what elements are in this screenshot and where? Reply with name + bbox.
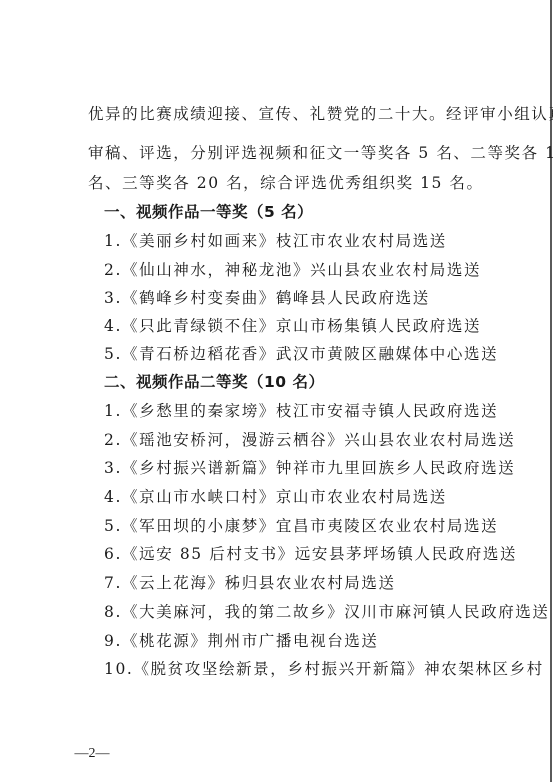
list-item: 8.《大美麻河，我的第二故乡》汉川市麻河镇人民政府选送: [104, 602, 550, 622]
list-item: 3.《乡村振兴谱新篇》钟祥市九里回族乡人民政府选送: [104, 458, 515, 478]
list-item: 3.《鹤峰乡村变奏曲》鹤峰县人民政府选送: [104, 288, 430, 308]
page-number: —2—: [0, 746, 192, 762]
paragraph-line: 审稿、评选，分别评选视频和征文一等奖各 5 名、二等奖各 10: [88, 143, 553, 163]
list-item: 2.《仙山神水，神秘龙池》兴山县农业农村局选送: [104, 260, 481, 280]
list-item: 5.《军田坝的小康梦》宜昌市夷陵区农业农村局选送: [104, 516, 498, 536]
document-page: 优异的比赛成绩迎接、宣传、礼赞党的二十大。经评审小组认真 审稿、评选，分别评选视…: [0, 0, 553, 782]
list-item: 1.《乡愁里的秦家塝》枝江市安福寺镇人民政府选送: [104, 401, 498, 421]
list-item: 4.《只此青绿锁不住》京山市杨集镇人民政府选送: [104, 316, 481, 336]
section-heading: 一、视频作品一等奖（5 名）: [104, 202, 313, 222]
paragraph-line: 名、三等奖各 20 名，综合评选优秀组织奖 15 名。: [88, 173, 484, 193]
list-item: 1.《美丽乡村如画来》枝江市农业农村局选送: [104, 231, 447, 251]
list-item: 2.《瑶池安桥河，漫游云栖谷》兴山县农业农村局选送: [104, 430, 515, 450]
list-item: 5.《青石桥边稻花香》武汉市黄陂区融媒体中心选送: [104, 344, 498, 364]
list-item: 9.《桃花源》荆州市广播电视台选送: [104, 631, 379, 651]
list-item: 6.《远安 85 后村支书》远安县茅坪场镇人民政府选送: [104, 544, 517, 564]
paragraph-line: 优异的比赛成绩迎接、宣传、礼赞党的二十大。经评审小组认真: [88, 104, 553, 124]
list-item: 7.《云上花海》秭归县农业农村局选送: [104, 573, 396, 593]
section-heading: 二、视频作品二等奖（10 名）: [104, 372, 324, 392]
list-item: 10.《脱贫攻坚绘新景，乡村振兴开新篇》神农架林区乡村: [104, 659, 544, 679]
list-item: 4.《京山市水峡口村》京山市农业农村局选送: [104, 487, 447, 507]
